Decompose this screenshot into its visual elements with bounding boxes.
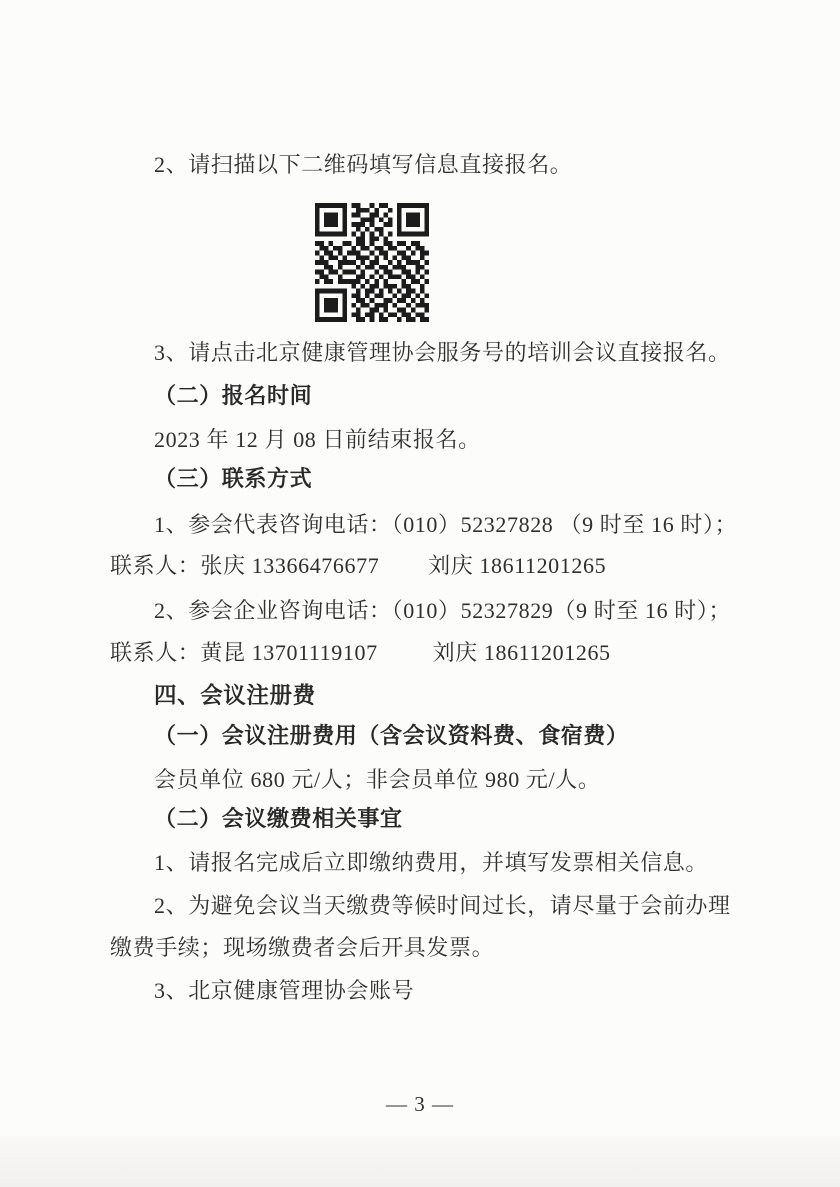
heading-contact-method: （三）联系方式 (154, 464, 312, 494)
heading-signup-time: （二）报名时间 (154, 381, 312, 411)
heading-section4-registration-fee: 四、会议注册费 (154, 681, 316, 711)
document-page: 2、请扫描以下二维码填写信息直接报名。 3、请点击北京健康管理协会服务号的培训会… (0, 0, 840, 1187)
para-contact1-phone: 1、参会代表咨询电话：（010）52327828 （9 时至 16 时）； (154, 510, 737, 540)
para-signup-deadline: 2023 年 12 月 08 日前结束报名。 (154, 425, 481, 455)
para-fee-amounts: 会员单位 680 元/人；非会员单位 980 元/人。 (154, 765, 600, 795)
heading-payment-matters: （二）会议缴费相关事宜 (154, 804, 403, 834)
para-contact2-people: 联系人：黄昆 13701119107 刘庆 18611201265 (110, 638, 611, 668)
para-contact1-people: 联系人：张庆 13366476677 刘庆 18611201265 (110, 551, 606, 581)
page-number: — 3 — (0, 1092, 840, 1117)
para-contact2-phone: 2、参会企业咨询电话：（010）52327829（9 时至 16 时）； (154, 596, 731, 626)
qr-code (315, 203, 429, 322)
heading-fee-detail: （一）会议注册费用（含会议资料费、食宿费） (154, 721, 629, 751)
para-payment-2-line1: 2、为避免会议当天缴费等候时间过长，请尽量于会前办理 (154, 891, 731, 921)
para-payment-3-account: 3、北京健康管理协会账号 (154, 976, 414, 1006)
para-click-service-account: 3、请点击北京健康管理协会服务号的培训会议直接报名。 (154, 338, 731, 368)
scan-edge-shadow (0, 1136, 840, 1187)
para-payment-2-line2: 缴费手续；现场缴费者会后开具发票。 (110, 933, 494, 963)
para-scan-qr: 2、请扫描以下二维码填写信息直接报名。 (154, 150, 572, 180)
para-payment-1: 1、请报名完成后立即缴纳费用，并填写发票相关信息。 (154, 848, 708, 878)
